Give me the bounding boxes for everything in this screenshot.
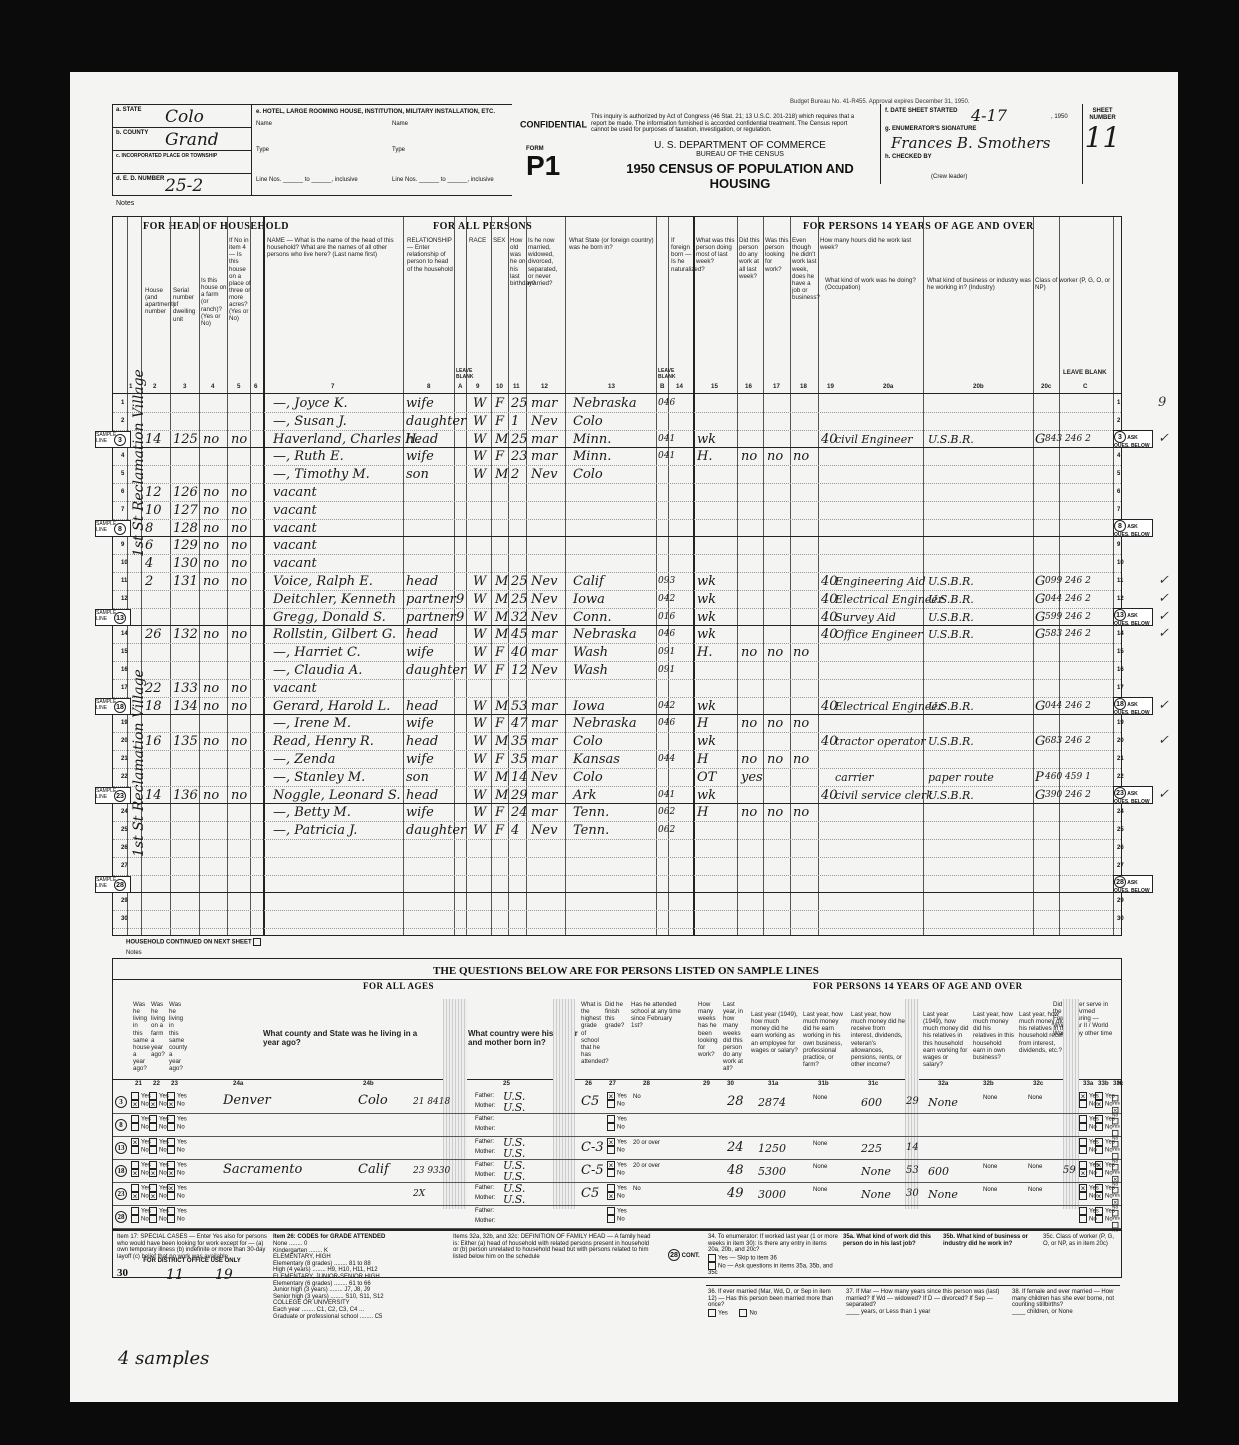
has-job: no [793, 644, 809, 661]
col-num-19: 19 [827, 383, 834, 390]
q27-no-checkbox[interactable] [607, 1215, 615, 1223]
industry: U.S.B.R. [928, 626, 974, 643]
q27-yes-checkbox[interactable] [607, 1184, 615, 1192]
q22-no-checkbox[interactable] [149, 1123, 157, 1131]
ww1-yes-checkbox[interactable] [1095, 1138, 1103, 1146]
sample-column-numbers: 21222324a24bD25E262728293031a31b31cF32a3… [113, 1080, 1121, 1090]
ww1-yes-checkbox[interactable] [1095, 1207, 1103, 1215]
check-mark: ✓ [1158, 733, 1169, 748]
q21-yes-checkbox[interactable] [131, 1184, 139, 1192]
q27-yes-checkbox[interactable] [607, 1115, 615, 1123]
col-9-question: RACE [469, 237, 491, 244]
q35b-text: 35b. What kind of business or industry d… [943, 1234, 1038, 1247]
sample-line-text: SAMPLE LINE [96, 610, 114, 622]
relatives-business-32b: None [983, 1095, 997, 1102]
table-row: 23SAMPLE LINE2323 ASK QUES. BELOW14136no… [113, 787, 1121, 805]
q21-yes-checkbox[interactable] [131, 1161, 139, 1169]
ww2-yes-checkbox[interactable]: × [1079, 1092, 1087, 1100]
occupation: Engineering Aid [835, 573, 926, 590]
check-mark: ✓ [1158, 591, 1169, 606]
race: W [473, 715, 486, 732]
class-of-worker: G [1035, 609, 1045, 626]
q23-yes-checkbox[interactable]: × [167, 1184, 175, 1192]
relationship: wife [406, 448, 434, 465]
industry: U.S.B.R. [928, 431, 974, 448]
q36-no-checkbox[interactable] [739, 1309, 747, 1317]
activity: wk [697, 787, 716, 804]
population-schedule-grid: FOR HEAD OF HOUSEHOLD FOR ALL PERSONS FO… [112, 216, 1122, 936]
relationship: wife [406, 644, 434, 661]
county-value: Grand [165, 130, 219, 150]
q21-no-checkbox[interactable]: × [131, 1192, 139, 1200]
sample-col-num: 24b [363, 1080, 374, 1087]
other-no-checkbox[interactable] [1112, 1153, 1118, 1159]
activity: H [697, 715, 708, 732]
q23-no-checkbox[interactable]: × [167, 1169, 175, 1177]
ask-questions-below-tag: 18 ASK QUES. BELOW [1113, 697, 1153, 715]
side-note-upper: 1st St Reclamation Village [131, 369, 147, 557]
q22-yes-checkbox[interactable] [149, 1161, 157, 1169]
leave-blank-b-value: 046 [658, 626, 675, 643]
sample-line-text: SAMPLE LINE [96, 699, 114, 711]
q27-no-checkbox[interactable] [607, 1123, 615, 1131]
other-yes-checkbox[interactable] [1112, 1141, 1118, 1147]
race: W [473, 413, 486, 430]
ww1-no-checkbox[interactable]: × [1095, 1100, 1103, 1108]
activity: wk [697, 573, 716, 590]
q38-question: 38. If female and ever married — How man… [1012, 1289, 1118, 1309]
q21-answer: YesNo [131, 1207, 151, 1223]
ww2-no-checkbox[interactable] [1079, 1215, 1087, 1223]
q36-no-label: No [749, 1310, 757, 1316]
q34-yes-checkbox[interactable] [708, 1254, 716, 1262]
form-number: P1 [526, 153, 560, 179]
relationship: daughter [406, 662, 466, 679]
q24-text: What county and State was he living in a… [263, 1029, 423, 1047]
q22-yes-checkbox[interactable] [149, 1138, 157, 1146]
all-ages-title: FOR ALL AGES [363, 981, 434, 991]
grade-code-item: Junior high (3 years) ........ J7, J8, J… [273, 1287, 443, 1294]
other-no-checkbox[interactable]: × [1112, 1107, 1118, 1113]
right-line-number: 6 [1117, 489, 1120, 495]
sample-line-tag: SAMPLE LINE3 [95, 431, 131, 448]
q22-answer: YesNo [149, 1207, 169, 1223]
highest-grade: C5 [581, 1094, 599, 1109]
age: 25 [511, 591, 528, 608]
sex: F [495, 715, 504, 732]
relationship: head [406, 626, 438, 643]
farm-answer: no [203, 502, 219, 519]
check-mark: ✓ [1158, 609, 1169, 624]
table-row: 141426132nonoRollstin, Gilbert G.headWM4… [113, 626, 1121, 644]
sample-col-num: H [1117, 1080, 1121, 1087]
footnote-handwritten: 4 samples [118, 1348, 209, 1369]
q27-no-checkbox[interactable]: × [607, 1192, 615, 1200]
farm-answer: no [203, 484, 219, 501]
q23-yes-checkbox[interactable] [167, 1138, 175, 1146]
state-label: a. STATE [116, 107, 141, 113]
sample-line-tag: SAMPLE LINE28 [95, 876, 131, 893]
q23-answer: YesNo [167, 1207, 187, 1223]
highest-grade: C5 [581, 1186, 599, 1201]
person-name: —, Irene M. [273, 715, 351, 732]
q23-yes-checkbox[interactable] [167, 1161, 175, 1169]
has-job: no [793, 751, 809, 768]
other-no-checkbox[interactable]: × [1112, 1176, 1118, 1182]
ww1-no-checkbox[interactable] [1095, 1146, 1103, 1154]
ask-questions-below-tag: 28 ASK QUES. BELOW [1113, 875, 1153, 893]
other-no-checkbox[interactable] [1112, 1130, 1118, 1136]
q34-no-checkbox[interactable] [708, 1262, 716, 1270]
ww1-no-checkbox[interactable] [1095, 1169, 1103, 1177]
right-line-number: 15 [1117, 649, 1124, 655]
person-name: Haverland, Charles H. [273, 431, 421, 448]
sample-line-circle: 28 [115, 1211, 127, 1223]
q27-yes-checkbox[interactable]: × [607, 1138, 615, 1146]
wages-31a: 5300 [758, 1165, 786, 1178]
leave-blank-c-code: 843 246 2 [1045, 431, 1091, 448]
ww2-no-checkbox[interactable] [1079, 1146, 1087, 1154]
leave-blank-b-value: 041 [658, 448, 675, 465]
sample-col-num: 24a [233, 1080, 243, 1087]
leave-blank-b: LEAVE BLANK [658, 369, 668, 381]
q21-no-checkbox[interactable]: × [131, 1100, 139, 1108]
q21-no-checkbox[interactable] [131, 1215, 139, 1223]
prior-state: Colo [358, 1093, 388, 1108]
notes-label: Notes [116, 200, 134, 207]
check-mark: ✓ [1158, 626, 1169, 641]
other-no-checkbox[interactable]: × [1112, 1199, 1118, 1205]
relationship: wife [406, 715, 434, 732]
person-name: vacant [273, 484, 317, 501]
farm-answer: no [203, 555, 219, 572]
q21-no-checkbox[interactable]: × [131, 1169, 139, 1177]
sample-line-circle: 13 [115, 1142, 127, 1154]
hotel-type-label-2: Type [392, 147, 405, 154]
relatives-wages-32a: 600 [928, 1165, 949, 1178]
grade-code-item: Kindergarten ........ K [273, 1248, 443, 1255]
leave-blank-c-code: 044 246 2 [1045, 698, 1091, 715]
line-number: 25 [121, 827, 128, 833]
farm-answer: no [203, 573, 219, 590]
sex: F [495, 395, 504, 412]
col-14-question: If foreign born — Is he naturalized? [671, 237, 693, 273]
q22-answer: Yes×No [149, 1184, 169, 1200]
age: 25 [511, 573, 528, 590]
acres-answer: no [231, 698, 247, 715]
line-number: 16 [121, 667, 128, 673]
relationship: daughter [406, 822, 466, 839]
person-name: Deitchler, Kenneth [273, 591, 396, 608]
ask-line-circle: 3 [1114, 431, 1126, 443]
q23-no-checkbox[interactable] [167, 1146, 175, 1154]
leave-blank-f-value: 30 [906, 1188, 919, 1199]
col-num-a: A [458, 383, 462, 390]
ww2-yes-checkbox[interactable] [1079, 1161, 1087, 1169]
q27-no-checkbox[interactable] [607, 1100, 615, 1108]
marital-status: mar [531, 431, 557, 448]
sample-col-num: 28 [643, 1080, 650, 1087]
q38: 38. If female and ever married — How man… [1012, 1289, 1118, 1315]
mother-birthplace: U.S. [503, 1101, 525, 1114]
acres-answer: no [231, 626, 247, 643]
birthplace: Ark [573, 787, 596, 804]
bureau-name: BUREAU OF THE CENSUS [610, 151, 870, 158]
leave-blank-d-value: 23 9330 [413, 1166, 450, 1176]
col-num-18: 18 [800, 383, 807, 390]
other-yes-checkbox[interactable] [1112, 1187, 1118, 1193]
line-number: 7 [121, 507, 124, 513]
q27-answer: YesNo [607, 1115, 627, 1131]
occupation: civil Engineer [835, 431, 912, 448]
q36-yes-checkbox[interactable] [708, 1309, 716, 1317]
relationship: head [406, 733, 438, 750]
right-line-number: 20 [1117, 738, 1124, 744]
birthplace: Wash [573, 644, 608, 661]
class-of-worker: P [1035, 769, 1044, 786]
occupation: Electrical Engineer [835, 698, 943, 715]
q22-yes-checkbox[interactable] [149, 1092, 157, 1100]
right-line-number: 21 [1117, 756, 1124, 762]
right-line-number: 2 [1117, 418, 1120, 424]
col-8-question: RELATIONSHIP — Enter relationship of per… [407, 237, 453, 273]
other-yes-checkbox[interactable] [1112, 1095, 1118, 1101]
q27-yes-checkbox[interactable] [607, 1207, 615, 1215]
race: W [473, 822, 486, 839]
ww1-no-checkbox[interactable] [1095, 1123, 1103, 1131]
q22-yes-checkbox[interactable] [149, 1115, 157, 1123]
table-row: 7710127nonovacant [113, 502, 1121, 520]
col-20c-question: Class of worker (P, G, O, or NP) [1035, 277, 1111, 291]
date-year: , 1950 [1051, 114, 1068, 121]
acres-answer: no [231, 680, 247, 697]
col-20a-question: What kind of work was he doing? (Occupat… [825, 277, 921, 291]
q21-yes-checkbox[interactable] [131, 1092, 139, 1100]
q22-yes-checkbox[interactable] [149, 1207, 157, 1215]
ww2-yes-checkbox[interactable] [1079, 1115, 1087, 1123]
wages-31a: 1250 [758, 1142, 786, 1155]
q27-no-checkbox[interactable] [607, 1146, 615, 1154]
q37-question: 37. If Mar — How many years since this p… [846, 1289, 1006, 1309]
serial-number: 127 [173, 502, 198, 519]
sex: M [495, 466, 508, 483]
table-row: 10104130nonovacant [113, 555, 1121, 573]
has-job: no [793, 715, 809, 732]
ww1-no-checkbox[interactable]: × [1095, 1192, 1103, 1200]
sex: M [495, 591, 508, 608]
person-name: —, Betty M. [273, 804, 351, 821]
q23-yes-checkbox[interactable] [167, 1092, 175, 1100]
ww2-yes-checkbox[interactable] [1079, 1207, 1087, 1215]
q22-yes-checkbox[interactable] [149, 1184, 157, 1192]
sample-line-circle: 8 [115, 1119, 127, 1131]
county-label: b. COUNTY [116, 130, 148, 136]
q23-no-checkbox[interactable] [167, 1215, 175, 1223]
prior-county: Sacramento [223, 1162, 302, 1177]
age: 23 [511, 448, 528, 465]
q36-yes-label: Yes [718, 1310, 728, 1316]
q29-text: How many weeks has he been looking for w… [698, 1001, 720, 1058]
col-num-15: 15 [711, 383, 718, 390]
line-number: 9 [121, 542, 124, 548]
table-row: 2121—, ZendawifeWF35marKansas044Hnonono [113, 751, 1121, 769]
sample-col-num: 32b [983, 1080, 994, 1087]
age: 40 [511, 644, 528, 661]
right-line-number: 12 [1117, 596, 1124, 602]
ww1-yes-checkbox[interactable] [1095, 1184, 1103, 1192]
q21-yes-checkbox[interactable]: × [131, 1138, 139, 1146]
col-num-20b: 20b [973, 383, 984, 390]
table-row: 11—, Joyce K.wifeWF25marNebraska0469 [113, 395, 1121, 413]
q27-answer: ×YesNo [607, 1161, 627, 1177]
sex: F [495, 662, 504, 679]
marital-status: mar [531, 787, 557, 804]
race: W [473, 769, 486, 786]
income-31b: None [813, 1164, 827, 1171]
check-mark: ✓ [1158, 787, 1169, 802]
q23-yes-checkbox[interactable] [167, 1115, 175, 1123]
family-head-definition: Items 32a, 32b, and 32c: DEFINITION OF F… [453, 1234, 653, 1260]
race: W [473, 573, 486, 590]
age: 25 [511, 431, 528, 448]
weeks-worked: 28 [727, 1094, 744, 1109]
marital-status: mar [531, 644, 557, 661]
income-31b: None [813, 1141, 827, 1148]
right-line-number: 9 [1117, 542, 1120, 548]
farm-answer: no [203, 431, 219, 448]
age: 29 [511, 787, 528, 804]
right-line-number: 5 [1117, 471, 1120, 477]
race: W [473, 698, 486, 715]
farm-answer: no [203, 537, 219, 554]
sample-row: 23Yes×NoYes×No×YesNo2XFather:U.S.Mother:… [113, 1183, 1121, 1206]
occupation: tractor operator [835, 733, 926, 750]
table-row: 2626 [113, 840, 1121, 858]
ww2-no-checkbox[interactable]: × [1079, 1169, 1087, 1177]
sample-line-text: SAMPLE LINE [96, 432, 114, 444]
activity: OT [697, 769, 716, 786]
col-num-20a: 20a [883, 383, 893, 390]
leave-blank-c: LEAVE BLANK [1063, 369, 1111, 376]
ww2-no-checkbox[interactable] [1079, 1192, 1087, 1200]
q22-no-checkbox[interactable] [149, 1215, 157, 1223]
instructions-footer: Item 17: SPECIAL CASES — Enter Yes also … [113, 1229, 1121, 1279]
q27-text: Did he finish this grade? [605, 1001, 627, 1030]
q34-yes-label: Yes — Skip to item 36 [718, 1255, 777, 1261]
person-name: vacant [273, 680, 317, 697]
ww1-yes-checkbox[interactable]: × [1095, 1161, 1103, 1169]
q23-no-checkbox[interactable] [167, 1192, 175, 1200]
q23-no-checkbox[interactable] [167, 1123, 175, 1131]
line-number: 15 [121, 649, 128, 655]
q23-no-checkbox[interactable]: × [167, 1100, 175, 1108]
q21-no-checkbox[interactable] [131, 1123, 139, 1131]
sex: F [495, 751, 504, 768]
right-line-number: 24 [1117, 809, 1124, 815]
leave-blank-c-code: 683 246 2 [1045, 733, 1091, 750]
q27-no-checkbox[interactable] [607, 1169, 615, 1177]
q27-yes-checkbox[interactable]: × [607, 1092, 615, 1100]
serial-number: 134 [173, 698, 198, 715]
q35c-text: 35c. Class of worker (P, G, O, or NP, as… [1043, 1234, 1118, 1247]
col-13-question: What State (or foreign country) was he b… [569, 237, 655, 251]
age: 2 [511, 466, 519, 483]
q23-yes-checkbox[interactable] [167, 1207, 175, 1215]
col-7-question: NAME — What is the name of the head of t… [267, 237, 401, 258]
q21-yes-checkbox[interactable] [131, 1115, 139, 1123]
q21-no-checkbox[interactable] [131, 1146, 139, 1154]
line-number: 19 [121, 720, 128, 726]
ask-questions-below-tag: 8 ASK QUES. BELOW [1113, 519, 1153, 537]
q22-no-checkbox[interactable]: × [149, 1169, 157, 1177]
farm-answer: no [203, 733, 219, 750]
income-31c: None [861, 1165, 891, 1178]
hotel-label: e. HOTEL, LARGE ROOMING HOUSE, INSTITUTI… [256, 109, 495, 116]
q22-no-checkbox[interactable]: × [149, 1192, 157, 1200]
other-no-checkbox[interactable] [1112, 1222, 1118, 1228]
table-row: 996129nonovacant [113, 537, 1121, 555]
q27-answer: Yes×No [607, 1184, 627, 1200]
relationship: partner [406, 609, 456, 626]
other-yes-checkbox[interactable] [1112, 1210, 1118, 1216]
birthplace: Iowa [573, 698, 605, 715]
household-continued-checkbox[interactable] [253, 938, 261, 946]
q21-text: Was he living in this same house a year … [133, 1001, 149, 1072]
race: W [473, 609, 486, 626]
col-20b-question: What kind of business or industry was he… [927, 277, 1031, 291]
marital-status: mar [531, 448, 557, 465]
district-persons: 19 [215, 1267, 233, 1283]
right-line-number: 19 [1117, 720, 1124, 726]
enumerator-label: g. ENUMERATOR'S SIGNATURE [885, 126, 976, 133]
race: W [473, 431, 486, 448]
table-row: 11112131nonoVoice, Ralph E.headWM25NevCa… [113, 573, 1121, 591]
ww1-no-checkbox[interactable] [1095, 1215, 1103, 1223]
ww2-no-checkbox[interactable] [1079, 1100, 1087, 1108]
col-num-16: 16 [745, 383, 752, 390]
sample-col-num: 33b [1098, 1080, 1109, 1087]
other-yes-checkbox[interactable] [1112, 1164, 1118, 1170]
q22-no-checkbox[interactable] [149, 1146, 157, 1154]
ww1-yes-checkbox[interactable] [1095, 1115, 1103, 1123]
looking-for-work: no [767, 751, 783, 768]
race: W [473, 787, 486, 804]
leave-blank-b-value: 046 [658, 395, 675, 412]
q27-yes-checkbox[interactable]: × [607, 1161, 615, 1169]
q23-answer: ×YesNo [167, 1184, 187, 1200]
q28-answer: No [633, 1186, 641, 1193]
ww2-yes-checkbox[interactable] [1079, 1138, 1087, 1146]
ww2-yes-checkbox[interactable]: × [1079, 1184, 1087, 1192]
ask-questions-below-tag: 3 ASK QUES. BELOW [1113, 430, 1153, 448]
birthplace: Nebraska [573, 715, 637, 732]
ww1-yes-checkbox[interactable] [1095, 1092, 1103, 1100]
q22-no-checkbox[interactable]: × [149, 1100, 157, 1108]
person-name: Gregg, Donald S. [273, 609, 386, 626]
line-number: 29 [121, 898, 128, 904]
other-yes-checkbox[interactable] [1112, 1118, 1118, 1124]
table-row: 2929 [113, 893, 1121, 911]
ww2-no-checkbox[interactable] [1079, 1123, 1087, 1131]
leave-blank-f-value: 29 [906, 1096, 919, 1107]
col-num-8: 8 [427, 383, 430, 390]
relationship: wife [406, 751, 434, 768]
relationship: head [406, 431, 438, 448]
col-num-6: 6 [254, 383, 257, 390]
section-all-persons: FOR ALL PERSONS [433, 221, 532, 232]
birthplace: Colo [573, 733, 603, 750]
q21-yes-checkbox[interactable] [131, 1207, 139, 1215]
